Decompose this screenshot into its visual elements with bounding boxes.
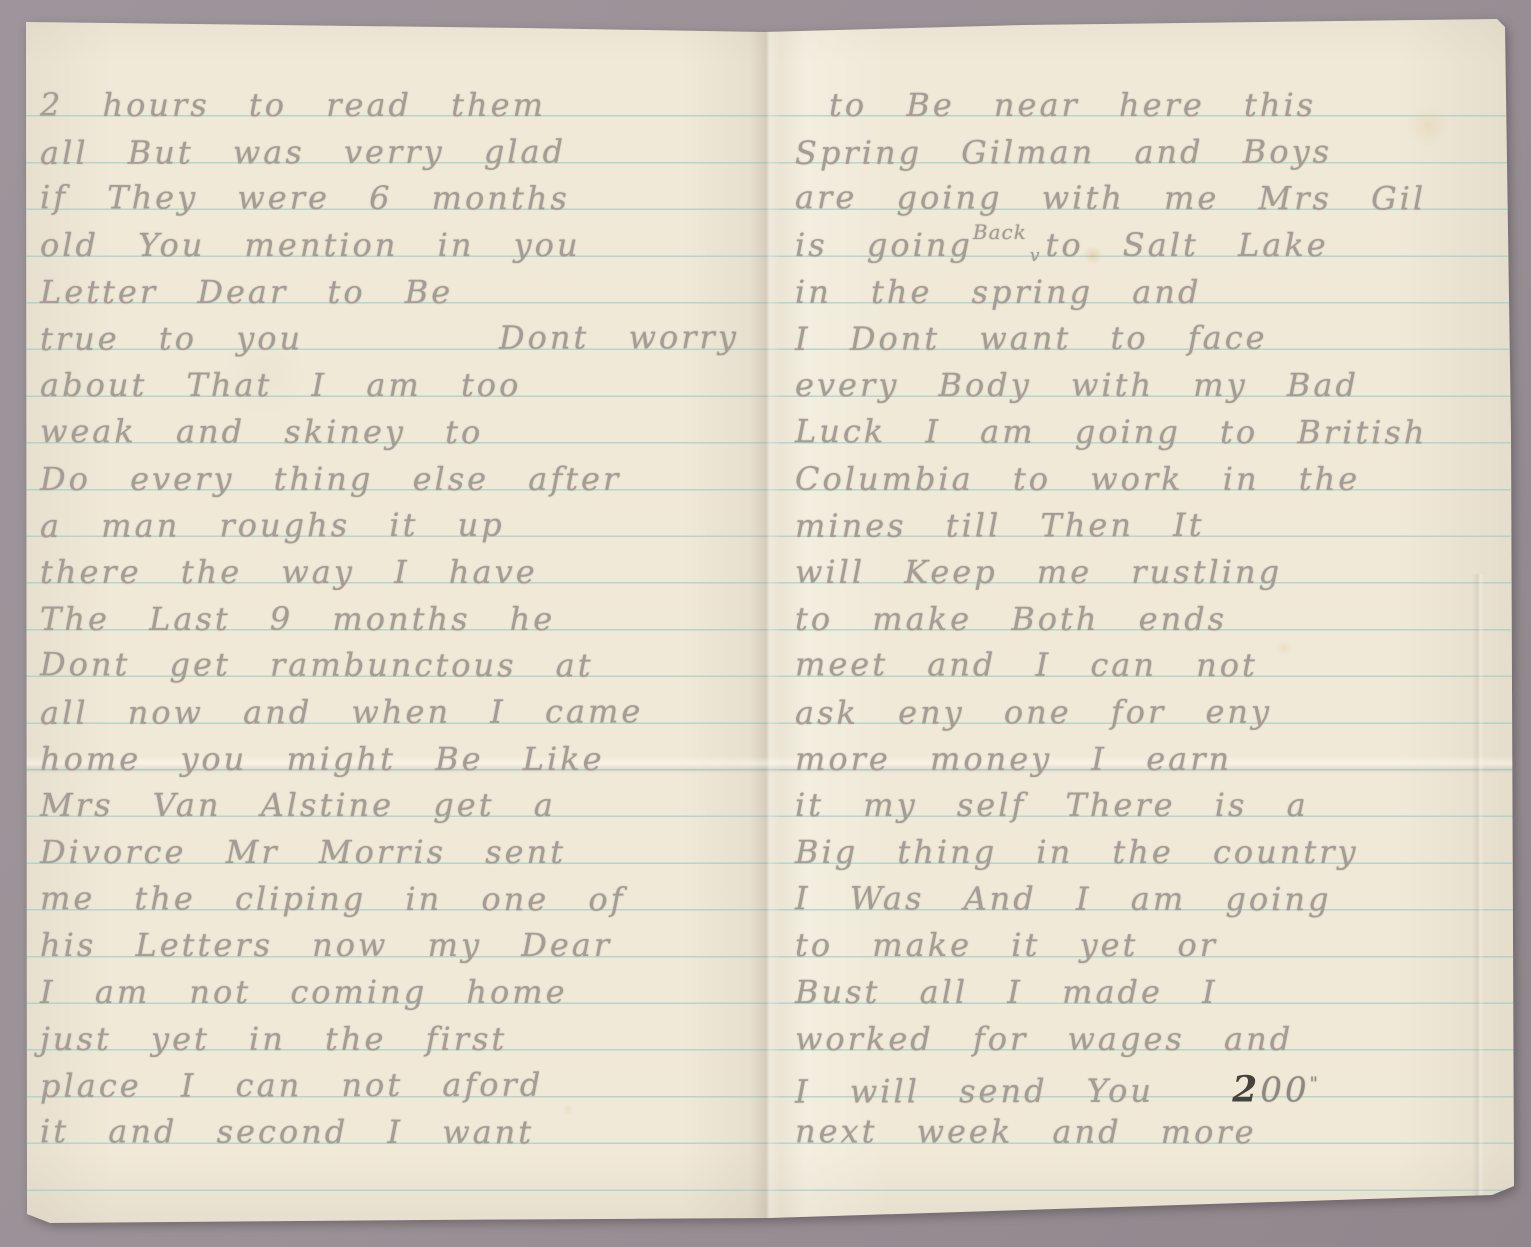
handwritten-line: meet and I can not bbox=[795, 641, 1514, 689]
handwritten-line: all now and when I came bbox=[40, 688, 764, 737]
handwritten-line: are going with me Mrs Gil bbox=[795, 175, 1514, 223]
handwritten-segment-dark: 2 bbox=[1232, 1069, 1260, 1111]
handwritten-line: it my self There is a bbox=[795, 782, 1514, 829]
handwritten-line: me the cliping in one of bbox=[40, 875, 764, 923]
handwritten-line: true to you Dont worry bbox=[40, 314, 764, 363]
letter-sheet-wrapper: 2 hours to read themall But was verry gl… bbox=[24, 14, 1514, 1226]
handwritten-segment-insert: Back bbox=[973, 220, 1027, 244]
handwritten-line: Bust all I made I bbox=[795, 969, 1514, 1016]
handwritten-line: will Keep me rustling bbox=[795, 549, 1514, 596]
handwritten-line: I Was And I am going bbox=[795, 875, 1514, 923]
photo-background: 2 hours to read themall But was verry gl… bbox=[0, 0, 1531, 1247]
handwritten-line: Letter Dear to Be bbox=[40, 269, 764, 316]
handwritten-line: 2 hours to read them bbox=[40, 82, 764, 129]
handwritten-line: Dont get rambunctous at bbox=[40, 641, 764, 689]
handwritten-line: there the way I have bbox=[40, 549, 764, 596]
letter-sheet: 2 hours to read themall But was verry gl… bbox=[24, 14, 1514, 1226]
handwritten-line: just yet in the first bbox=[40, 1016, 764, 1063]
handwritten-line: ask eny one for eny bbox=[795, 688, 1514, 737]
handwritten-line: I will send You 200" bbox=[795, 1061, 1514, 1110]
handwritten-line: Luck I am going to British bbox=[795, 408, 1514, 456]
handwritten-segment: is going bbox=[795, 226, 973, 264]
handwritten-line: next week and more bbox=[795, 1108, 1514, 1156]
handwritten-line: in the spring and bbox=[795, 269, 1514, 316]
handwritten-segment-sup: " bbox=[1310, 1074, 1321, 1095]
handwritten-line: to make it yet or bbox=[795, 922, 1514, 969]
handwritten-line: a man roughs it up bbox=[40, 501, 764, 550]
letter-page-left: 2 hours to read themall But was verry gl… bbox=[40, 82, 764, 1156]
handwritten-segment: I will send You bbox=[795, 1072, 1232, 1111]
handwritten-line: home you might Be Like bbox=[40, 736, 764, 783]
handwritten-line: The Last 9 months he bbox=[40, 596, 764, 643]
handwritten-line: to Be near here this bbox=[795, 82, 1514, 129]
handwritten-line: more money I earn bbox=[795, 736, 1514, 783]
handwritten-line: Columbia to work in the bbox=[795, 456, 1514, 503]
handwritten-line: mines till Then It bbox=[795, 501, 1514, 550]
handwritten-line: is goingBackvto Salt Lake bbox=[795, 222, 1514, 269]
handwritten-segment-caret: v bbox=[1030, 246, 1043, 266]
handwritten-line: Do every thing else after bbox=[40, 456, 764, 503]
handwritten-line: weak and skiney to bbox=[40, 408, 764, 456]
handwritten-line: his Letters now my Dear bbox=[40, 922, 764, 969]
handwritten-line: to make Both ends bbox=[795, 596, 1514, 643]
handwritten-segment-semi: 00 bbox=[1260, 1071, 1309, 1111]
handwritten-line: it and second I want bbox=[40, 1108, 764, 1156]
handwritten-line: Mrs Van Alstine get a bbox=[40, 782, 764, 829]
handwritten-line: all But was verry glad bbox=[40, 128, 764, 177]
handwritten-line: every Body with my Bad bbox=[795, 362, 1514, 409]
handwritten-line: I Dont want to face bbox=[795, 314, 1514, 363]
handwritten-line: old You mention in you bbox=[40, 222, 764, 269]
handwritten-segment: to Salt Lake bbox=[1045, 226, 1328, 264]
handwritten-line: if They were 6 months bbox=[40, 175, 764, 223]
handwritten-line: Spring Gilman and Boys bbox=[795, 128, 1514, 177]
handwritten-line: I am not coming home bbox=[40, 969, 764, 1016]
handwritten-line: Divorce Mr Morris sent bbox=[40, 829, 764, 876]
handwritten-line: about That I am too bbox=[40, 362, 764, 409]
letter-page-right: to Be near here thisSpring Gilman and Bo… bbox=[795, 82, 1514, 1156]
handwritten-line: Big thing in the country bbox=[795, 829, 1514, 876]
handwritten-line: place I can not aford bbox=[40, 1061, 764, 1110]
handwritten-line: worked for wages and bbox=[795, 1016, 1514, 1063]
